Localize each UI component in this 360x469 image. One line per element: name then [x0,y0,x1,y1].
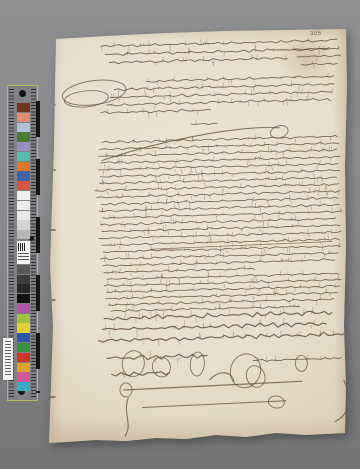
color-patch [17,220,30,229]
color-patch [17,103,30,112]
paper-sheet: 305 [46,26,348,448]
color-patch [17,275,30,284]
color-patch [17,382,30,391]
color-patch [17,152,30,161]
color-patch [17,230,30,239]
color-patch [17,211,30,220]
color-patch [17,372,30,381]
color-patch [17,162,30,171]
color-patch [17,363,30,372]
target-id-label [3,338,13,380]
color-patch [17,333,30,342]
color-patch [17,113,30,122]
color-patch-column [17,103,30,392]
color-patch [17,304,30,313]
color-patch [17,171,30,180]
color-patch [17,294,30,303]
color-patch [17,123,30,132]
patches-upper [17,103,30,239]
manuscript-leaf: 305 [46,26,348,448]
color-patch [17,353,30,362]
color-patch [17,314,30,323]
color-patch [17,201,30,210]
patches-lower [17,265,30,392]
photograph: 305 [0,0,360,469]
color-patch [17,181,30,190]
color-patch [17,284,30,293]
color-target-label [17,241,30,264]
folio-number: 305 [310,31,322,37]
color-patch [17,191,30,200]
handwriting-layer [46,26,348,448]
color-patch [17,265,30,274]
color-patch [17,132,30,141]
color-patch [17,142,30,151]
color-patch [17,343,30,352]
color-patch [17,323,30,332]
registration-dot-top [19,90,26,97]
scale-cm-dashes [36,101,40,393]
